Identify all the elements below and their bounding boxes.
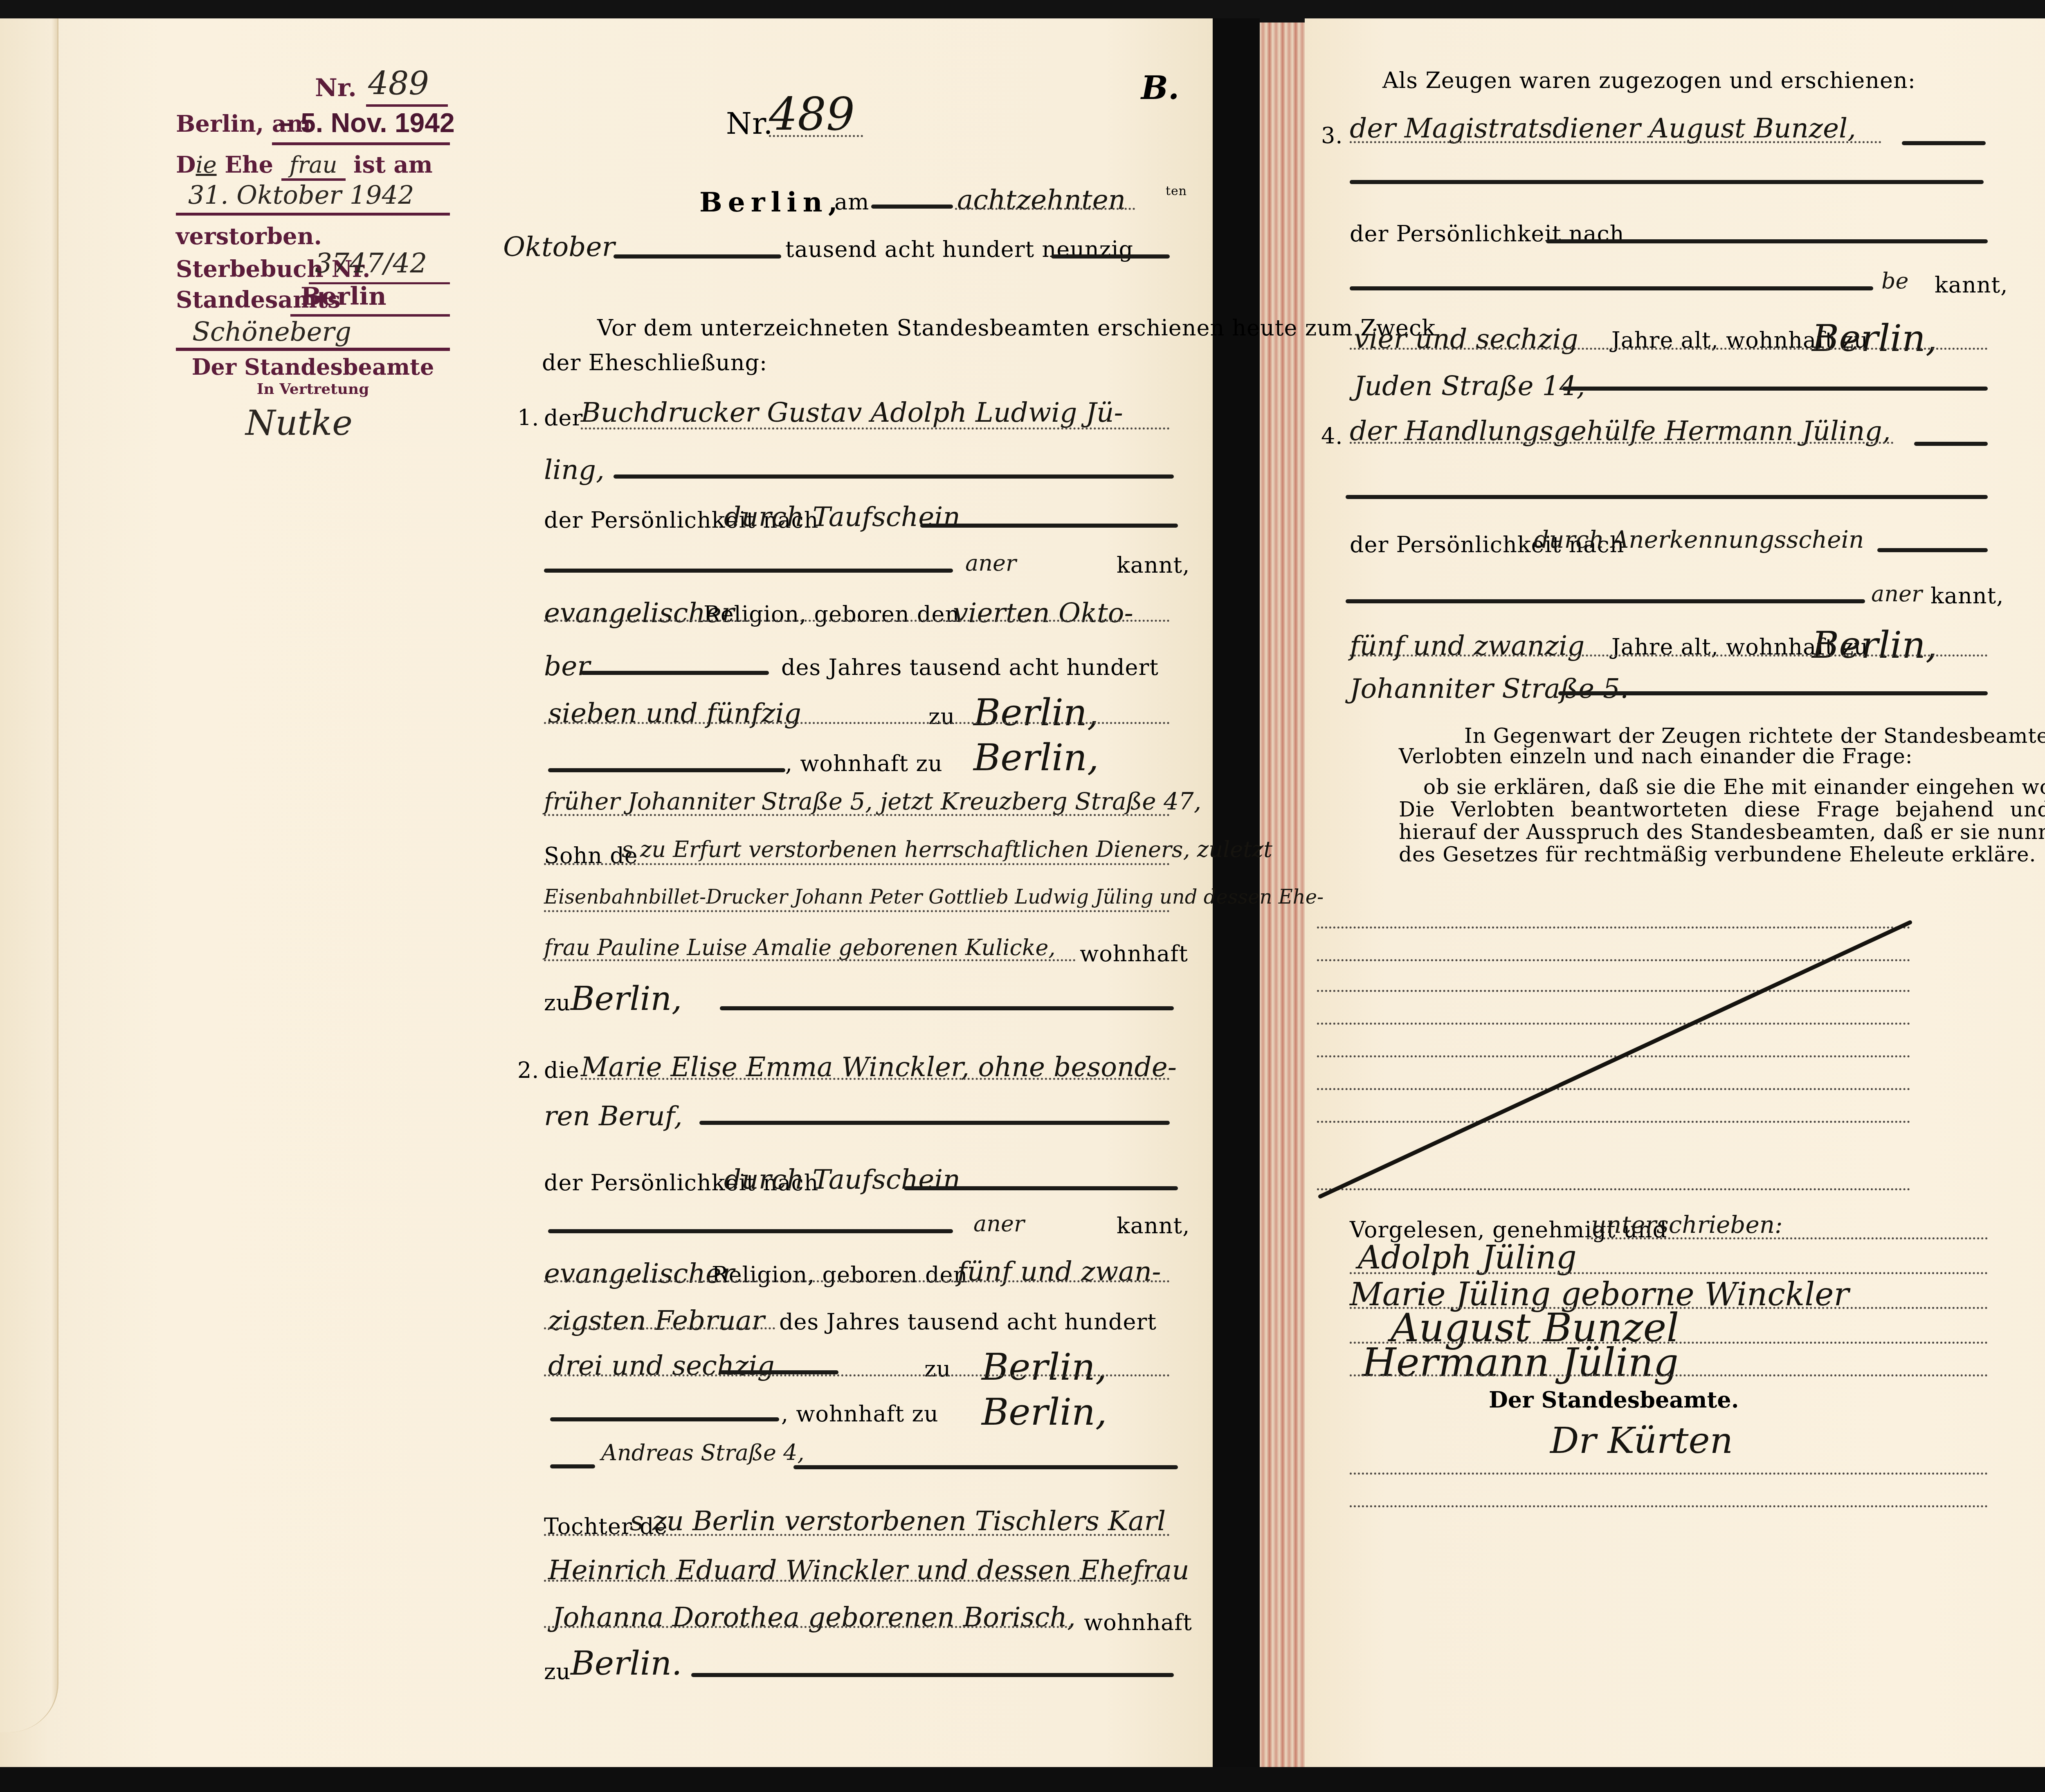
blank-rule [550,1417,779,1421]
bride-name-line2: ren Beruf, [544,1100,683,1132]
right-page [1305,18,2045,1771]
bride-recognized-label: kannt, [1117,1213,1190,1239]
bride-parents-residence-prefix: zu [544,1659,571,1684]
witness3-recognized-label: kannt, [1935,272,2008,298]
bottom-binding-edge [0,1767,2045,1792]
dotted-rule [544,814,1170,816]
witness4-age: fünf und zwanzig [1350,630,1584,661]
blank-rule [720,1370,838,1374]
blank-rule [1562,387,1988,391]
stamp-nr-label: Nr. [315,74,357,102]
stamp-line3: Die Ehe frau ist am [176,151,433,178]
stamp-official-title: Der Standesbeamte [176,354,450,380]
stamp-underline [176,213,450,216]
stamp-article-gender: ie [196,152,217,178]
blank-rule [871,205,953,209]
intro-line2: der Eheschließung: [542,350,767,375]
blank-rule [613,474,1174,479]
blank-rule [550,1464,595,1468]
stamp-underline [290,314,450,317]
blank-rule [793,1465,1178,1469]
witness3-name: der Magistratsdiener August Bunzel, [1350,112,1856,144]
groom-residence-label: , wohnhaft zu [785,751,943,776]
blank-rule [699,1121,1170,1125]
dotted-rule [544,1534,1170,1536]
bride-number: 2. [517,1057,539,1083]
stamp-article-prefix: D [176,151,196,178]
dotted-rule [1350,1505,1988,1507]
witness4-recognized-label: kannt, [1930,583,2004,609]
dotted-rule [544,620,1170,622]
signature-witness4: Hermann Jüling [1362,1340,1679,1385]
blank-rule [1346,599,1865,603]
ceremony-line: Verlobten einzeln und nach einander die … [1399,744,1913,768]
blank-rule [548,768,785,772]
groom-recognized-label: kannt, [1117,552,1190,578]
bride-birth-year: drei und sechzig [548,1350,775,1381]
dotted-rule [544,1374,1170,1376]
stamp-ist-am: ist am [353,151,433,178]
bride-birth-day: fünf und zwan- [957,1256,1161,1287]
blank-rule [920,524,1178,528]
witness3-recognized-value: be [1881,268,1909,294]
bride-article: die [544,1057,580,1083]
groom-birth-year: sieben und fünfzig [548,697,801,729]
blank-rule [1902,141,1986,145]
blank-rule [1546,239,1988,243]
dotted-rule [1350,141,1881,143]
stamp-death-date: 31. Oktober 1942 [188,180,414,210]
dotted-rule [1350,654,1988,657]
stamp-underline [176,348,450,351]
witness4-identity-value: durch Anerkennungsschein [1534,526,1864,553]
record-nr-label: Nr. [726,106,773,141]
witness4-address: Johanniter Straße 5. [1350,673,1629,704]
blank-rule [548,1229,953,1233]
blank-rule [544,569,953,573]
dotted-rule [1350,348,1988,350]
bride-religion-label: Religion, geboren den [712,1262,968,1288]
blank-rule [1350,286,1873,290]
blank-rule [1877,548,1988,552]
groom-article: der [544,405,583,431]
groom-parents-line2: Eisenbahnbillet-Drucker Johann Peter Got… [544,886,1324,908]
witness3-age: vier und sechzig [1354,323,1578,355]
groom-number: 1. [517,405,539,431]
blank-rule [613,254,781,259]
dotted-rule [1350,1272,1988,1274]
dotted-rule [955,208,1135,210]
stamp-official-sub: In Vertretung [176,380,450,398]
stamp-signature: Nutke [245,403,353,443]
ceremony-line: ob sie erklären, daß sie die Ehe mit ein… [1423,775,2045,799]
dotted-rule [581,1078,1170,1080]
am-label: am [834,189,869,215]
ceremony-line: des Gesetzes für rechtmäßig verbundene E… [1399,843,2036,866]
groom-birth-month: ber [544,650,590,682]
groom-name-line2: ling, [544,454,605,486]
groom-residence: Berlin, [973,736,1099,779]
groom-name-line1: Buchdrucker Gustav Adolph Ludwig Jü- [581,397,1123,428]
place-berlin: Berlin, [699,186,843,218]
blank-rule [581,671,769,675]
dotted-rule [544,959,1076,961]
blank-rule [720,1006,1174,1010]
witness4-recognized-value: aner [1871,581,1922,607]
blank-rule [904,1186,1178,1190]
bride-identity-value: durch Taufschein [724,1164,960,1195]
witness3-number: 3. [1321,123,1343,148]
series-letter: B. [1141,70,1179,107]
marriage-day: achtzehnten [957,184,1126,216]
dotted-rule [544,1327,775,1329]
stamp-nr-value: 489 [368,65,429,102]
witness4-number: 4. [1321,423,1343,449]
stamp-died: verstorben. [176,223,322,250]
groom-identity-value: durch Taufschein [724,501,960,533]
groom-religion-label: Religion, geboren den [703,601,960,627]
dotted-rule [544,1280,1170,1282]
bride-birth-place-label: zu [924,1356,951,1382]
dotted-rule [1350,442,1894,444]
official-signature: Dr Kürten [1550,1419,1733,1461]
dotted-rule [769,135,863,137]
intro-line1: Vor dem unterzeichneten Standesbeamten e… [597,315,1436,341]
groom-birth-place: Berlin, [973,691,1099,734]
stamp-office-value: Berlin [301,282,387,311]
bride-recognized-value: aner [973,1211,1025,1237]
groom-year-label: des Jahres tausend acht hundert [781,654,1159,680]
bride-birth-month: zigsten Februar [548,1305,765,1336]
record-nr-value: 489 [769,88,855,140]
blank-rule [691,1673,1174,1677]
signature-groom: Adolph Jüling [1358,1239,1577,1276]
dotted-rule [544,863,1170,865]
groom-parents-residence-label: wohnhaft [1080,941,1188,967]
groom-birth-place-label: zu [928,704,955,729]
stamp-date-value: – 5. Nov. 1942 [278,107,455,138]
stamp-underline [366,104,448,107]
dotted-rule [544,910,1170,912]
witness3-address: Juden Straße 14, [1354,370,1585,402]
groom-parents-residence-prefix: zu [544,990,571,1016]
blank-rule [1558,691,1988,695]
groom-address: früher Johanniter Straße 5, jetzt Kreuzb… [544,787,1201,815]
bride-year-label: des Jahres tausend acht hundert [779,1309,1157,1335]
bride-parents-line1: s zu Berlin verstorbenen Tischlers Karl [630,1505,1166,1537]
left-page-curl [0,18,58,1732]
official-title: Der Standesbeamte. [1489,1387,1739,1413]
witness4-residence: Berlin, [1812,624,1937,667]
dotted-rule [1587,1237,1988,1239]
dotted-rule [581,427,1170,429]
dotted-rule [1350,1473,1988,1475]
stamp-district: Schöneberg [192,317,351,347]
stamp-ehe: Ehe [225,151,273,178]
bride-address: Andreas Straße 4, [601,1440,805,1466]
dotted-rule [544,1626,1072,1628]
dotted-rule [1350,1374,1988,1376]
day-suffix: ten [1166,184,1187,198]
groom-parents-residence: Berlin, [571,980,682,1018]
blank-rule [1051,254,1170,259]
bride-birth-place: Berlin, [982,1346,1107,1389]
bride-religion: evangelischer [544,1258,735,1289]
ceremony-line: hierauf der Ausspruch des Standesbeamten… [1399,820,2045,844]
ceremony-line: Die Verlobten beantworteten diese Frage … [1399,798,2045,821]
stamp-role: frau [281,152,346,181]
diagonal-strike-line [1309,912,1922,1207]
groom-parents-line1: s zu Erfurt verstorbenen herrschaftliche… [622,836,1272,862]
read-approved-value: unterschrieben: [1591,1211,1783,1239]
groom-birth-day: vierten Okto- [953,597,1133,629]
bride-residence-label: , wohnhaft zu [781,1401,939,1427]
dotted-rule [544,722,1170,724]
marriage-month: Oktober [503,231,615,263]
witness3-residence: Berlin, [1812,317,1937,360]
stamp-underline [272,142,450,145]
bride-parents-residence: Berlin. [571,1644,682,1682]
dotted-rule [544,1580,1170,1582]
bride-parents-line3: Johanna Dorothea geborenen Borisch, [552,1601,1076,1633]
blank-rule [1346,495,1988,499]
groom-parents-line3: frau Pauline Luise Amalie geborenen Kuli… [544,935,1056,960]
witnesses-heading: Als Zeugen waren zugezogen und erschiene… [1382,67,1916,93]
bride-parents-residence-label: wohnhaft [1084,1610,1192,1635]
groom-recognized-value: aner [965,550,1016,576]
stamp-register-value: 3747/42 [315,247,427,279]
bride-residence: Berlin, [982,1391,1107,1434]
blank-rule [1914,442,1988,446]
blank-rule [1350,180,1984,184]
